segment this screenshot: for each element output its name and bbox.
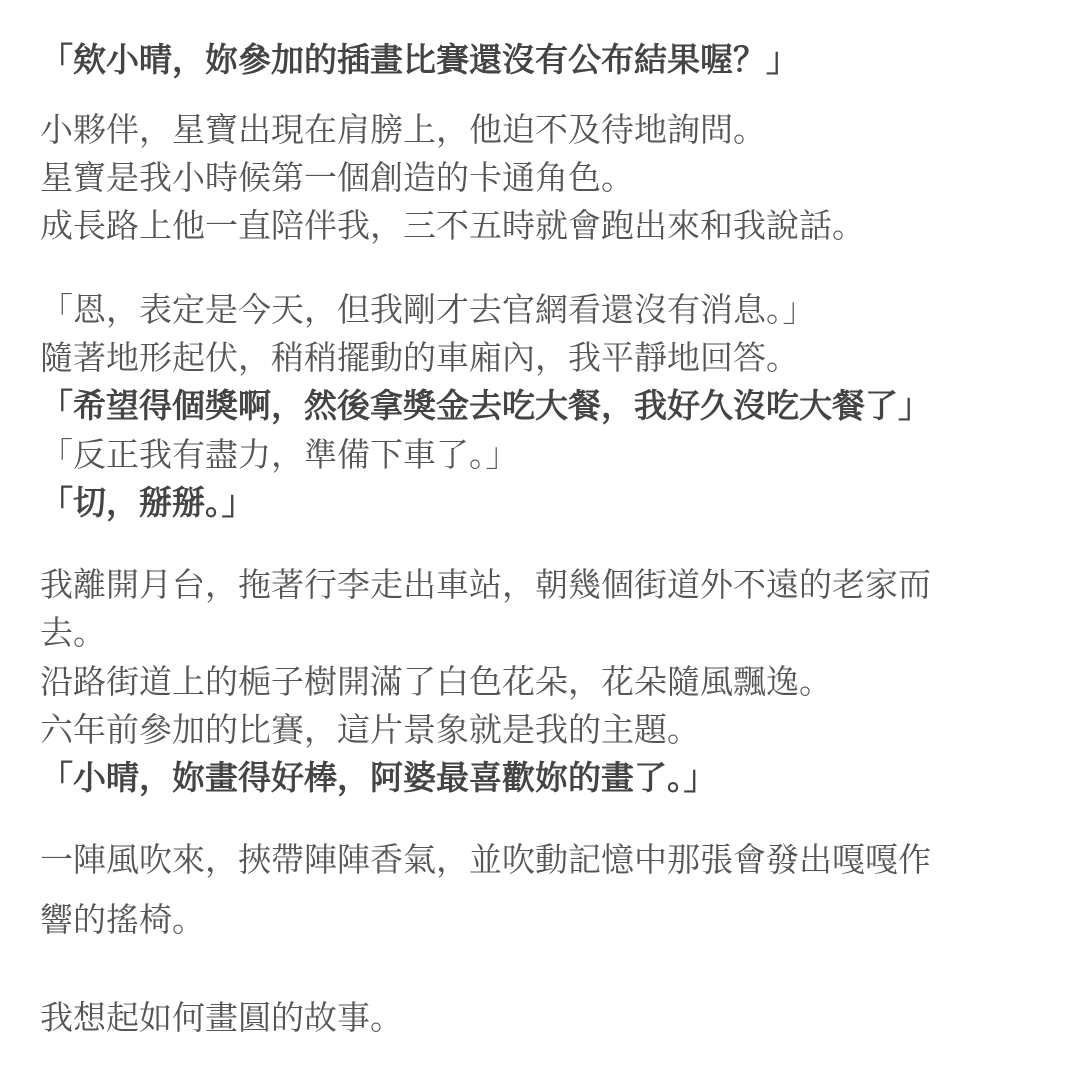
narration-line: 「恩，表定是今天，但我剛才去官網看還沒有消息。」 (40, 290, 816, 330)
narration-line: 隨著地形起伏，稍稍擺動的車廂內，我平靜地回答。 (40, 338, 799, 378)
narration-line: 六年前參加的比賽，這片景象就是我的主題。 (40, 710, 700, 750)
narration-line: 沿路街道上的梔子樹開滿了白色花朵，花朵隨風飄逸。 (40, 662, 832, 702)
narration-line: 響的搖椅。 (40, 900, 205, 940)
dialogue-line: 「切，掰掰。」 (40, 483, 255, 523)
dialogue-line: 「欸小晴，妳參加的插畫比賽還沒有公布結果喔？」 (40, 40, 799, 80)
narration-line: 星寶是我小時候第一個創造的卡通角色。 (40, 158, 634, 198)
narration-line: 「反正我有盡力，準備下車了。」 (40, 435, 519, 475)
dialogue-line: 「希望得個獎啊，然後拿獎金去吃大餐，我好久沒吃大餐了」 (40, 386, 931, 426)
dialogue-line: 「小晴，妳畫得好棒，阿婆最喜歡妳的畫了。」 (40, 758, 717, 798)
narration-line: 我想起如何畫圓的故事。 (40, 998, 403, 1038)
narration-line: 成長路上他一直陪伴我，三不五時就會跑出來和我說話。 (40, 206, 865, 246)
narration-line: 我離開月台，拖著行李走出車站，朝幾個街道外不遠的老家而 (40, 565, 931, 605)
narration-line: 一陣風吹來，挾帶陣陣香氣，並吹動記憶中那張會發出嘎嘎作 (40, 840, 931, 880)
narration-line: 去。 (40, 613, 106, 653)
narration-line: 小夥伴，星寶出現在肩膀上，他迫不及待地詢問。 (40, 110, 766, 150)
